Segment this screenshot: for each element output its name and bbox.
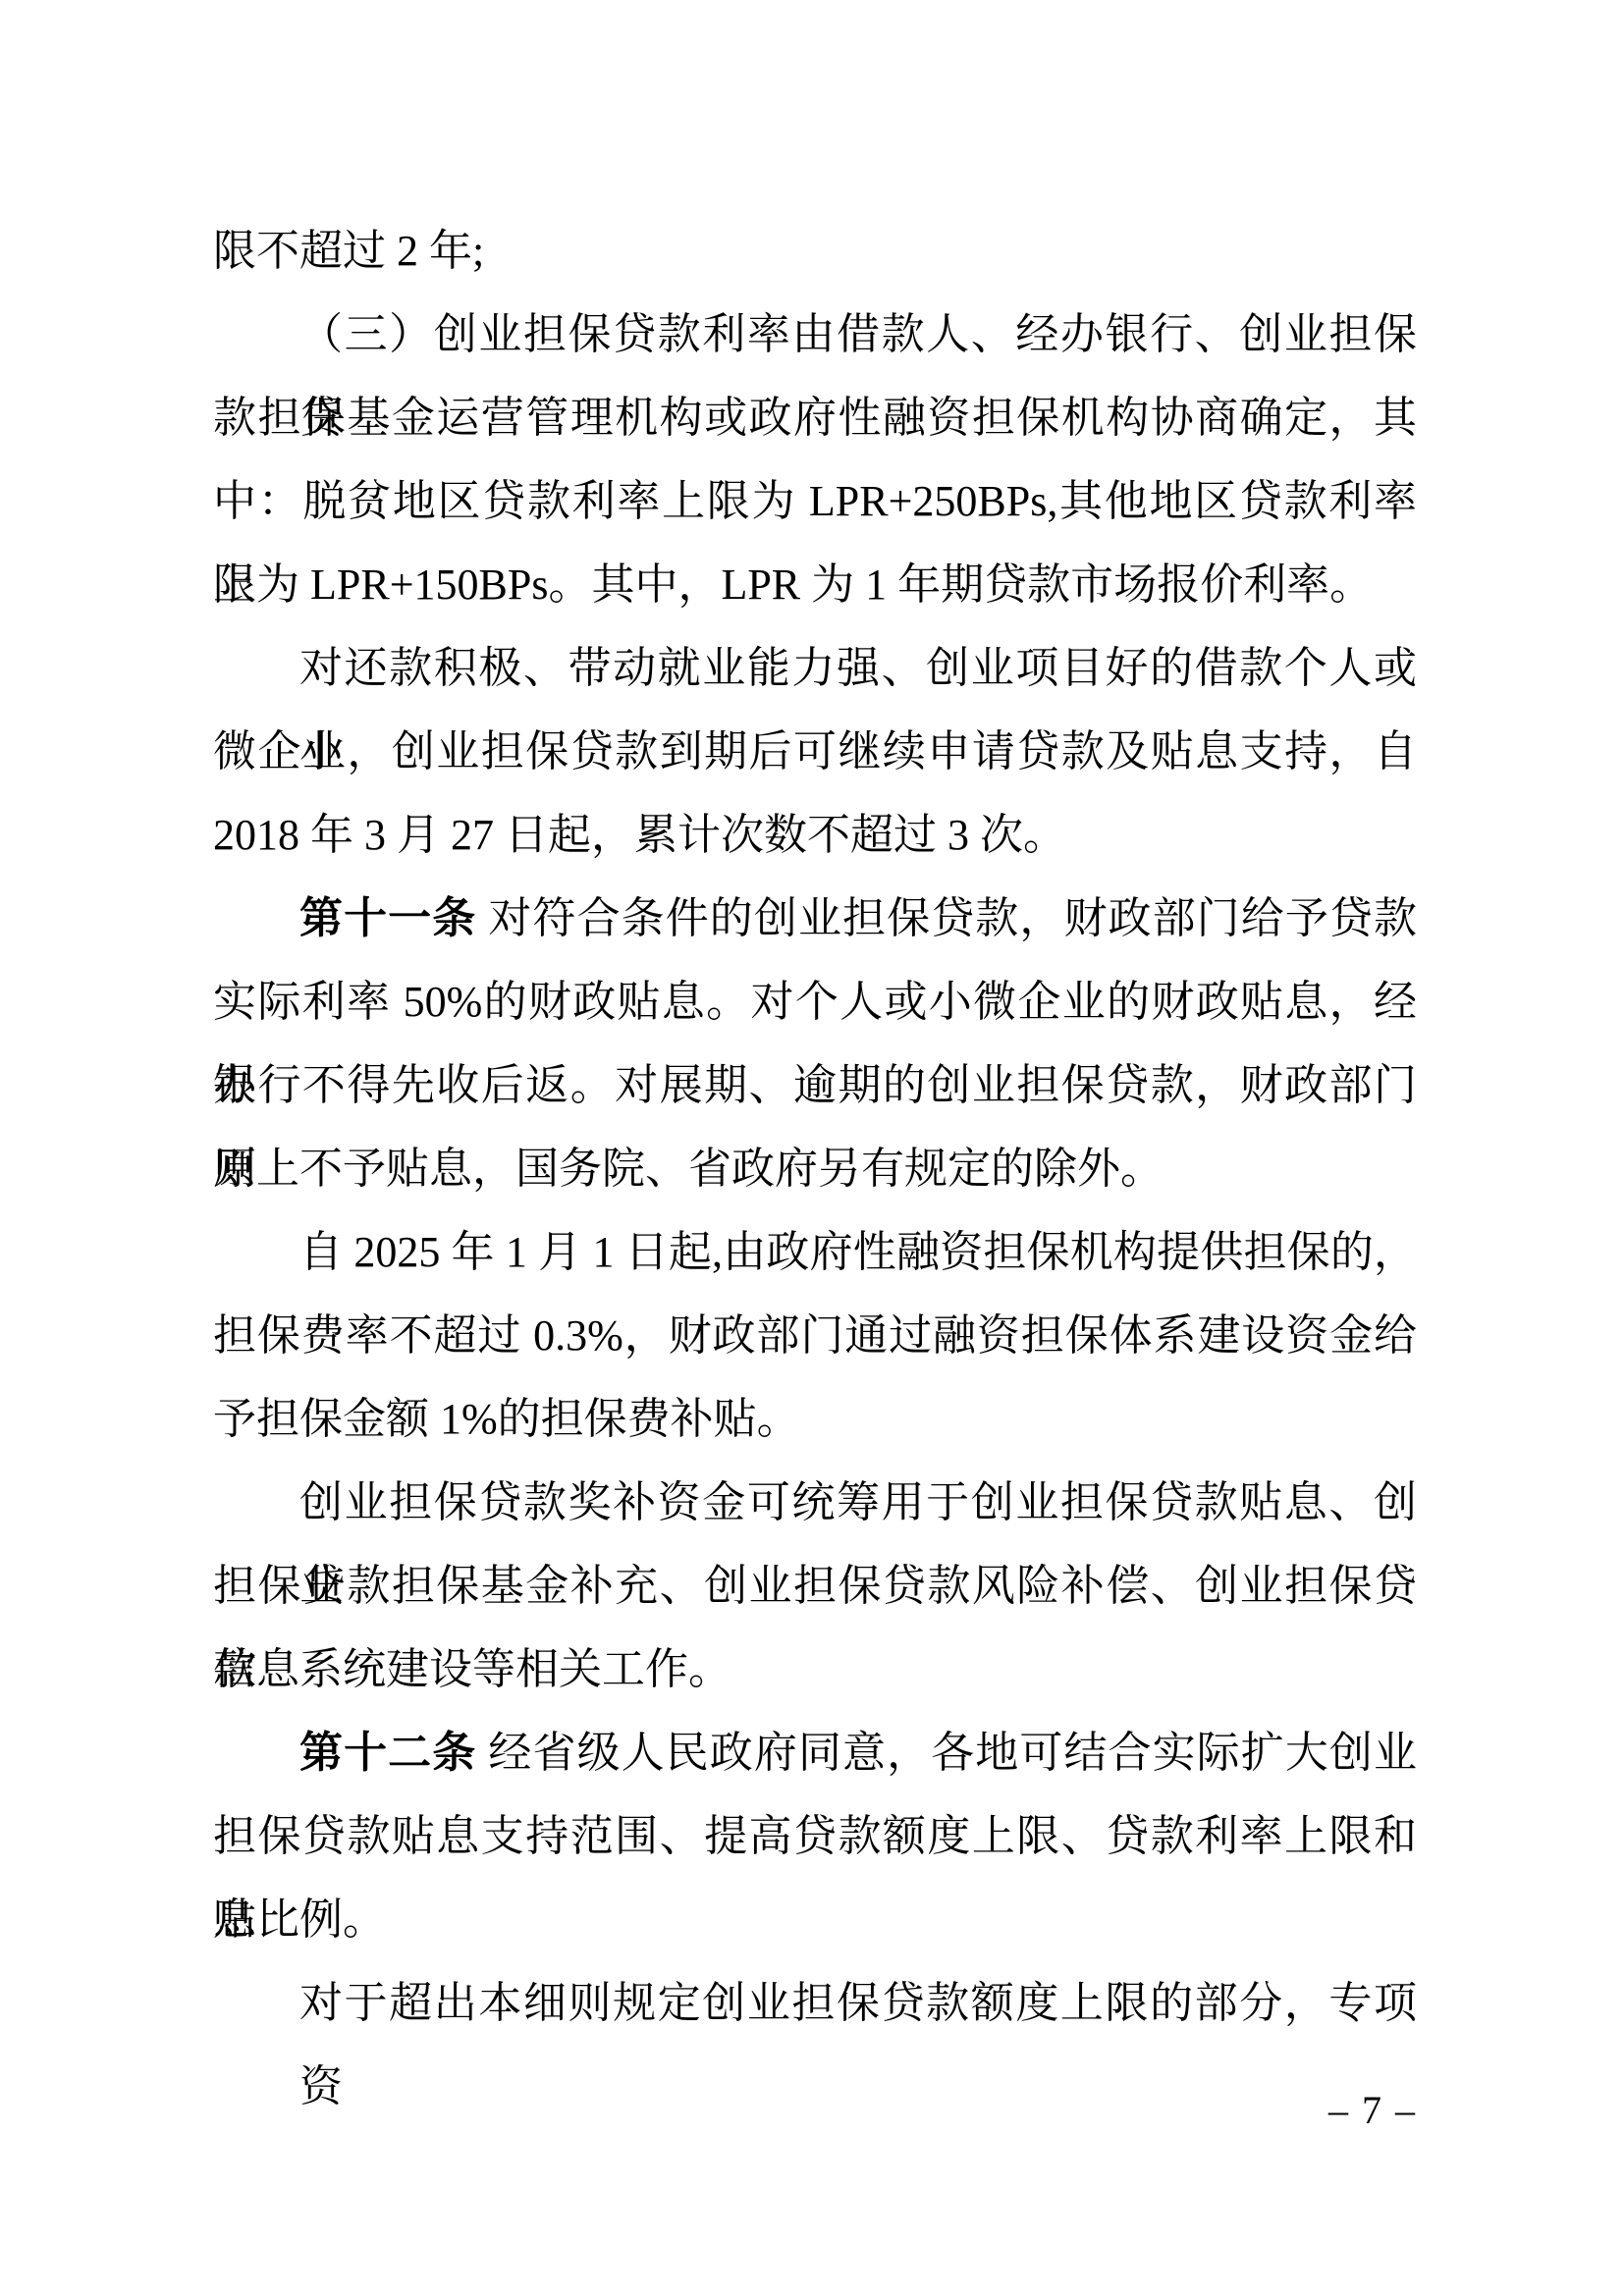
text-line: 实际利率 50%的财政贴息。对个人或小微企业的财政贴息，经办 xyxy=(213,960,1417,1043)
text-line: 微企业，创业担保贷款到期后可继续申请贷款及贴息支持，自 xyxy=(213,710,1417,793)
text-line: 对还款积极、带动就业能力强、创业项目好的借款个人或小 xyxy=(213,626,1417,710)
text-line-segment: 经省级人民政府同意，各地可结合实际扩大创业 xyxy=(476,1729,1417,1777)
page: 限不超过 2 年; （三）创业担保贷款利率由借款人、经办银行、创业担保贷 款担保… xyxy=(0,0,1624,2296)
text-line: 银行不得先收后返。对展期、逾期的创业担保贷款，财政部门原 xyxy=(213,1043,1417,1127)
text-line: 第十一条 对符合条件的创业担保贷款，财政部门给予贷款 xyxy=(213,877,1417,960)
text-line-segment: 对符合条件的创业担保贷款，财政部门给予贷款 xyxy=(476,894,1417,942)
text-line: 息比例。 xyxy=(213,1878,1417,1961)
document-body: 限不超过 2 年; （三）创业担保贷款利率由借款人、经办银行、创业担保贷 款担保… xyxy=(213,209,1417,2045)
text-line: 第十二条 经省级人民政府同意，各地可结合实际扩大创业 xyxy=(213,1711,1417,1794)
text-line: 创业担保贷款奖补资金可统筹用于创业担保贷款贴息、创业 xyxy=(213,1461,1417,1544)
page-number: – 7 – xyxy=(1328,2087,1417,2134)
text-line: 款担保基金运营管理机构或政府性融资担保机构协商确定，其 xyxy=(213,376,1417,459)
document-page: { "colors": { "background": "#ffffff", "… xyxy=(0,0,1624,2296)
text-line: 对于超出本细则规定创业担保贷款额度上限的部分，专项资 xyxy=(213,1961,1417,2045)
text-line: 担保费率不超过 0.3%，财政部门通过融资担保体系建设资金给 xyxy=(213,1294,1417,1377)
text-line: 信息系统建设等相关工作。 xyxy=(213,1628,1417,1711)
text-line: 担保贷款担保基金补充、创业担保贷款风险补偿、创业担保贷款 xyxy=(213,1544,1417,1628)
text-line: 则上不予贴息，国务院、省政府另有规定的除外。 xyxy=(213,1127,1417,1210)
article-number-label: 第十二条 xyxy=(299,1729,476,1777)
article-number-label: 第十一条 xyxy=(299,894,476,942)
text-line: 自 2025 年 1 月 1 日起,由政府性融资担保机构提供担保的， xyxy=(213,1210,1417,1294)
text-line: 限为 LPR+150BPs。其中，LPR 为 1 年期贷款市场报价利率。 xyxy=(213,543,1417,626)
text-line: 限不超过 2 年; xyxy=(213,209,1417,293)
text-line: 2018 年 3 月 27 日起，累计次数不超过 3 次。 xyxy=(213,793,1417,877)
text-line: 中：脱贫地区贷款利率上限为 LPR+250BPs,其他地区贷款利率上 xyxy=(213,459,1417,543)
text-line: 担保贷款贴息支持范围、提高贷款额度上限、贷款利率上限和贴 xyxy=(213,1794,1417,1878)
text-line: 予担保金额 1%的担保费补贴。 xyxy=(213,1377,1417,1461)
text-line: （三）创业担保贷款利率由借款人、经办银行、创业担保贷 xyxy=(213,293,1417,376)
